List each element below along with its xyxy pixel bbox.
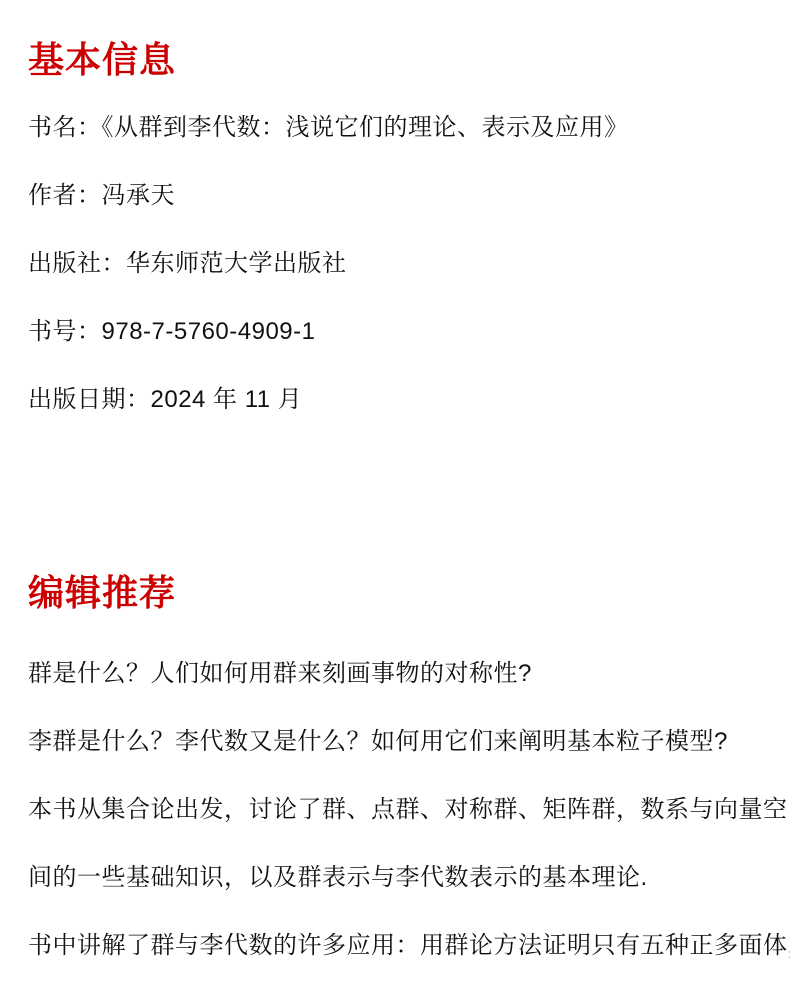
book-title-line: 书名：《从群到李代数：浅说它们的理论、表示及应用》 — [28, 112, 790, 143]
author-line: 作者：冯承天 — [28, 180, 790, 211]
section-editorial-recommendation: 编辑推荐 群是什么？人们如何用群来刻画事物的对称性? 李群是什么？李代数又是什么… — [28, 575, 790, 961]
recommendation-line: 本书从集合论出发，讨论了群、点群、对称群、矩阵群，数系与向量空 — [28, 794, 790, 825]
basic-info-heading: 基本信息 — [28, 42, 790, 78]
editorial-recommendation-heading: 编辑推荐 — [28, 575, 790, 611]
recommendation-line: 李群是什么？李代数又是什么？如何用它们来阐明基本粒子模型? — [28, 726, 790, 757]
publish-date-line: 出版日期：2024 年 11 月 — [28, 384, 790, 415]
section-basic-info: 基本信息 书名：《从群到李代数：浅说它们的理论、表示及应用》 作者：冯承天 出版… — [28, 42, 790, 415]
isbn-line: 书号：978-7-5760-4909-1 — [28, 316, 790, 347]
recommendation-line: 书中讲解了群与李代数的许多应用：用群论方法证明只有五种正多面体， — [28, 930, 790, 961]
book-info-page: 基本信息 书名：《从群到李代数：浅说它们的理论、表示及应用》 作者：冯承天 出版… — [0, 0, 790, 1000]
recommendation-line: 间的一些基础知识，以及群表示与李代数表示的基本理论. — [28, 862, 790, 893]
publisher-line: 出版社：华东师范大学出版社 — [28, 248, 790, 279]
recommendation-line: 群是什么？人们如何用群来刻画事物的对称性? — [28, 658, 790, 689]
